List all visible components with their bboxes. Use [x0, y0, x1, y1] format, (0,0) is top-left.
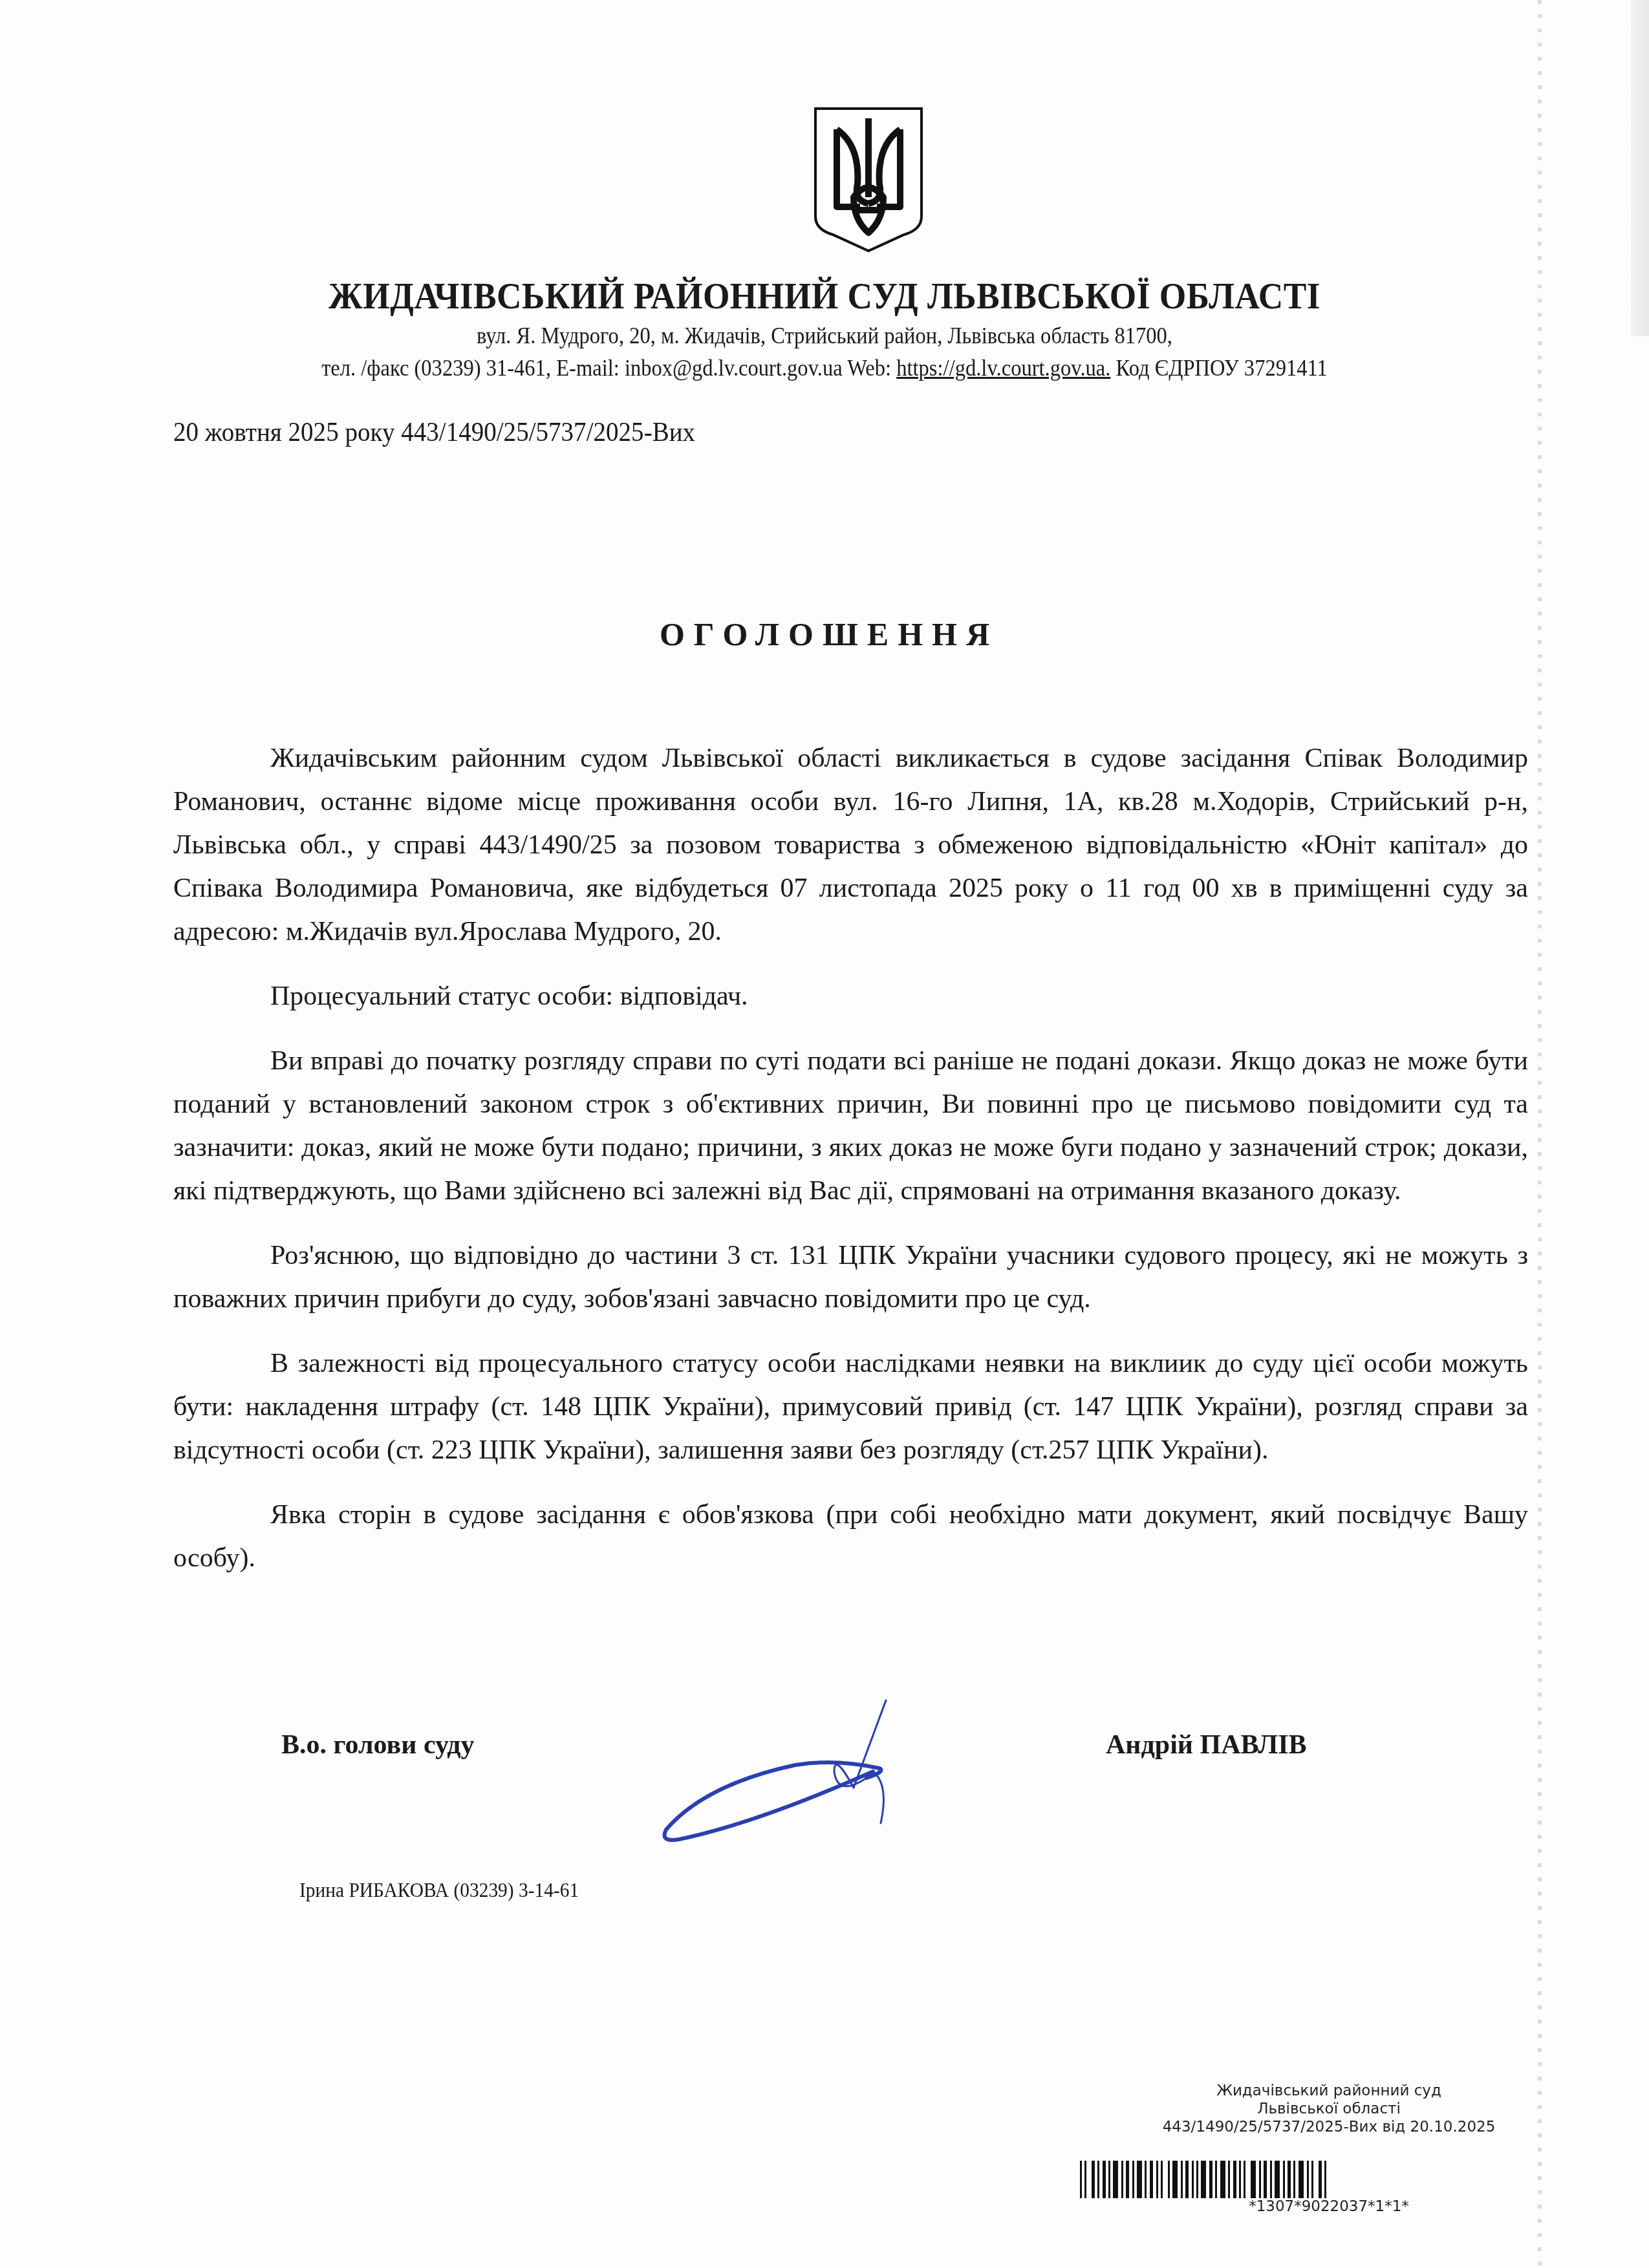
signatory-name: Андрій ПАВЛІВ [1106, 1729, 1307, 1760]
document-page: ЖИДАЧІВСЬКИЙ РАЙОННИЙ СУД ЛЬВІВСЬКОЇ ОБЛ… [0, 0, 1649, 2268]
barcode-icon [1080, 2161, 1604, 2198]
handwritten-signature-icon [640, 1694, 1002, 1888]
court-address: вул. Я. Мудрого, 20, м. Жидачів, Стрийсь… [58, 323, 1591, 349]
scan-artifact-strip [1631, 0, 1649, 336]
executor-contact: Ірина РИБАКОВА (03239) 3-14-61 [299, 1878, 579, 1902]
registration-stamp: Жидачівський районний суд Львівської обл… [1080, 2082, 1578, 2136]
paragraph-summons: Жидачівським районним судом Львівської о… [173, 737, 1528, 954]
court-name: ЖИДАЧІВСЬКИЙ РАЙОННИЙ СУД ЛЬВІВСЬКОЇ ОБЛ… [66, 274, 1583, 317]
notice-title: ОГОЛОШЕННЯ [0, 615, 1649, 653]
paragraph-explanation: Роз'яснюю, що відповідно до частини 3 ст… [173, 1234, 1528, 1321]
paragraph-procedural-status: Процесуальний статус особи: відповідач. [173, 975, 1528, 1018]
court-contacts: тел. /факс (03239) 31-461, E-mail: inbox… [58, 356, 1591, 381]
notice-body: Жидачівським районним судом Львівської о… [173, 737, 1528, 1601]
paragraph-evidence: Ви вправі до початку розгляду справи по … [173, 1040, 1528, 1213]
court-website-link[interactable]: https://gd.lv.court.gov.ua. [896, 356, 1110, 381]
contacts-suffix: Код ЄДРПОУ 37291411 [1110, 356, 1327, 381]
barcode-text: *1307*9022037*1*1* [1080, 2198, 1578, 2215]
stamp-number-line: 443/1490/25/5737/2025-Вих від 20.10.2025 [1080, 2118, 1578, 2136]
signatory-position: В.о. голови суду [281, 1729, 475, 1760]
stamp-court-line: Жидачівський районний суд [1080, 2082, 1578, 2100]
paragraph-consequences: В залежності від процесуального статусу … [173, 1342, 1528, 1472]
contacts-prefix: тел. /факс (03239) 31-461, E-mail: inbox… [321, 356, 896, 381]
outgoing-number: 20 жовтня 2025 року 443/1490/25/5737/202… [173, 417, 695, 448]
paragraph-attendance: Явка сторін в судове засідання є обов'яз… [173, 1493, 1528, 1580]
trident-coat-of-arms-icon [814, 107, 923, 253]
stamp-region-line: Львівської області [1080, 2100, 1578, 2118]
